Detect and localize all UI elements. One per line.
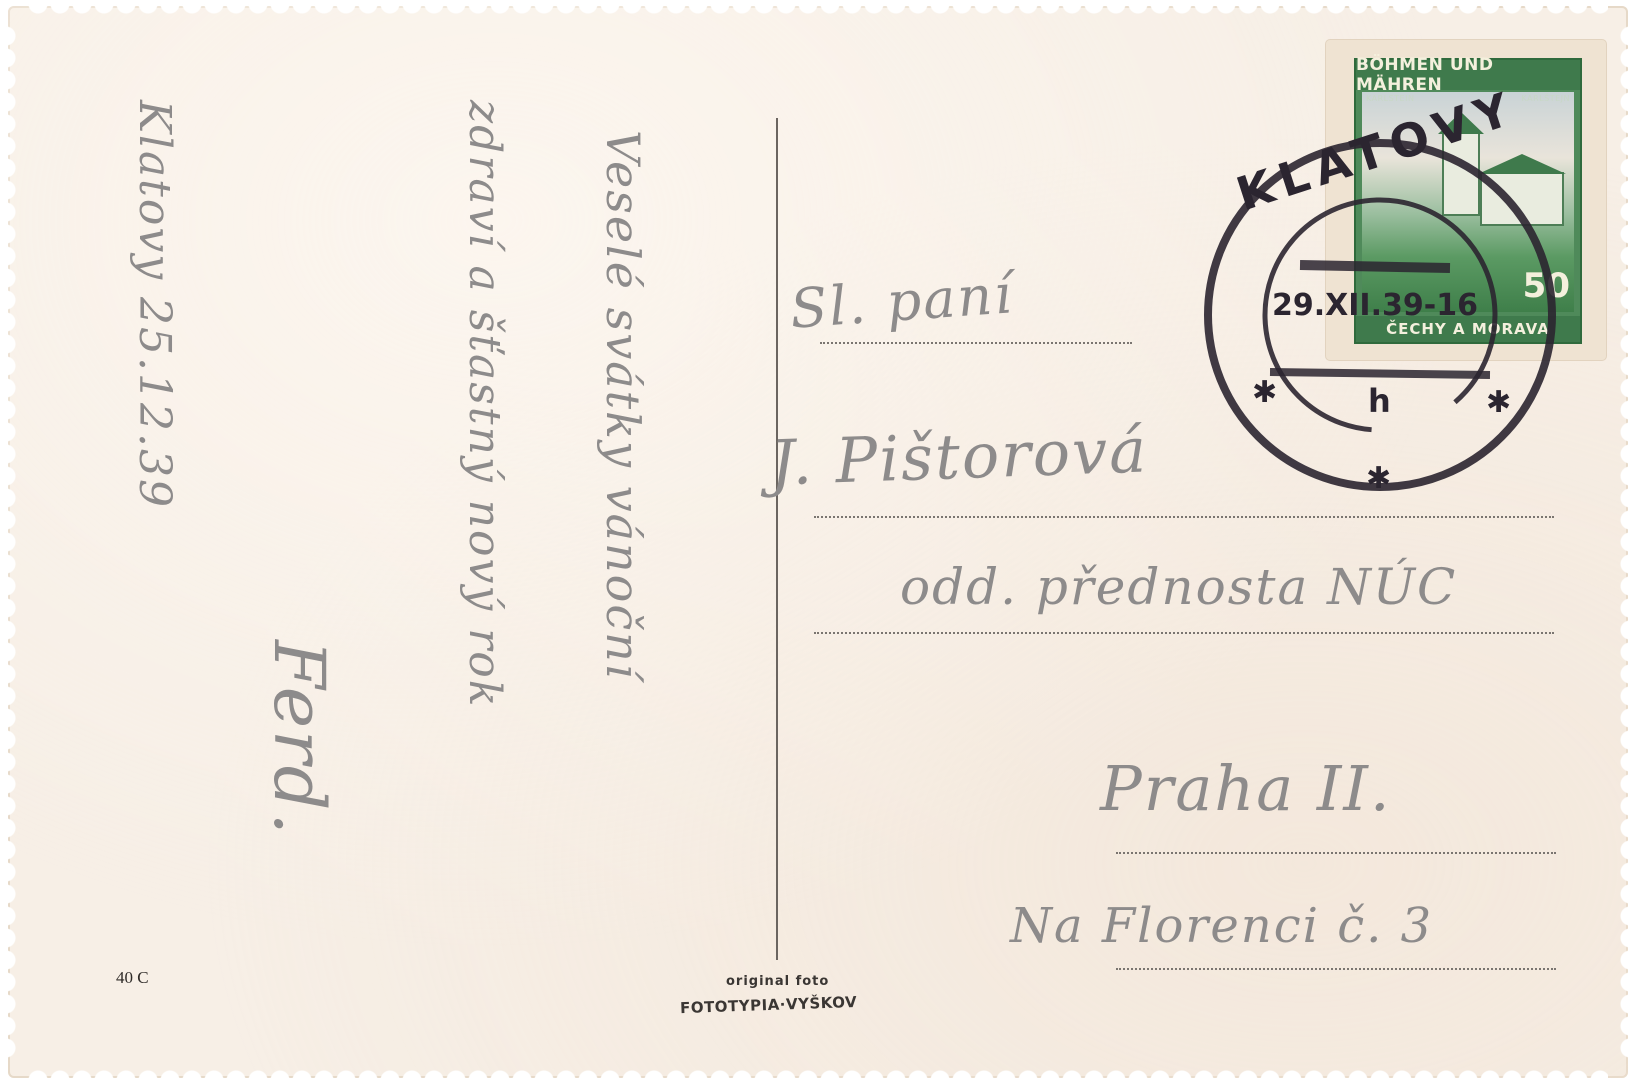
- deckled-edge-bottom: [28, 1070, 1608, 1080]
- message-signature: Ferd.: [258, 640, 340, 837]
- message-column-1: Veselé svátky vánoční: [596, 130, 650, 680]
- address-line-5: [1116, 968, 1556, 970]
- address-line-1: [820, 342, 1132, 344]
- castle-wing-icon: [1480, 172, 1564, 226]
- stamp-country: BÖHMEN UND MÄHREN: [1356, 60, 1580, 90]
- deckled-edge-left: [6, 26, 16, 1058]
- deckled-edge-right: [1620, 26, 1630, 1058]
- address-line-3: [814, 632, 1554, 634]
- stamp-design: BÖHMEN UND MÄHREN KARLSTEIN KARLŠTEJN 50…: [1354, 58, 1582, 344]
- address-line-4: [1116, 852, 1556, 854]
- deckled-edge-top: [28, 4, 1608, 14]
- catalog-number: 40 C: [116, 968, 149, 988]
- address-title: odd. přednosta NÚC: [900, 558, 1457, 616]
- address-street: Na Florenci č. 3: [1010, 898, 1433, 954]
- stamp-value: 50: [1523, 266, 1570, 306]
- message-place-date: Klatovy 25.12.39: [129, 100, 180, 509]
- postage-stamp: BÖHMEN UND MÄHREN KARLSTEIN KARLŠTEJN 50…: [1326, 40, 1606, 360]
- message-column-2: zdraví a šťastný nový rok: [459, 100, 510, 708]
- publisher-line-1: original foto: [726, 974, 829, 989]
- stamp-caption-right: KARLŠTEJN: [1522, 94, 1570, 103]
- stamp-caption-left: KARLSTEIN: [1366, 94, 1414, 103]
- center-divider-line: [776, 118, 778, 960]
- castle-tower-icon: [1442, 132, 1480, 216]
- stamp-bottom-text: ČECHY A MORAVA: [1356, 316, 1580, 342]
- address-city: Praha II.: [1100, 752, 1392, 825]
- address-name: J. Pištorová: [769, 413, 1149, 499]
- address-line-2: [814, 516, 1554, 518]
